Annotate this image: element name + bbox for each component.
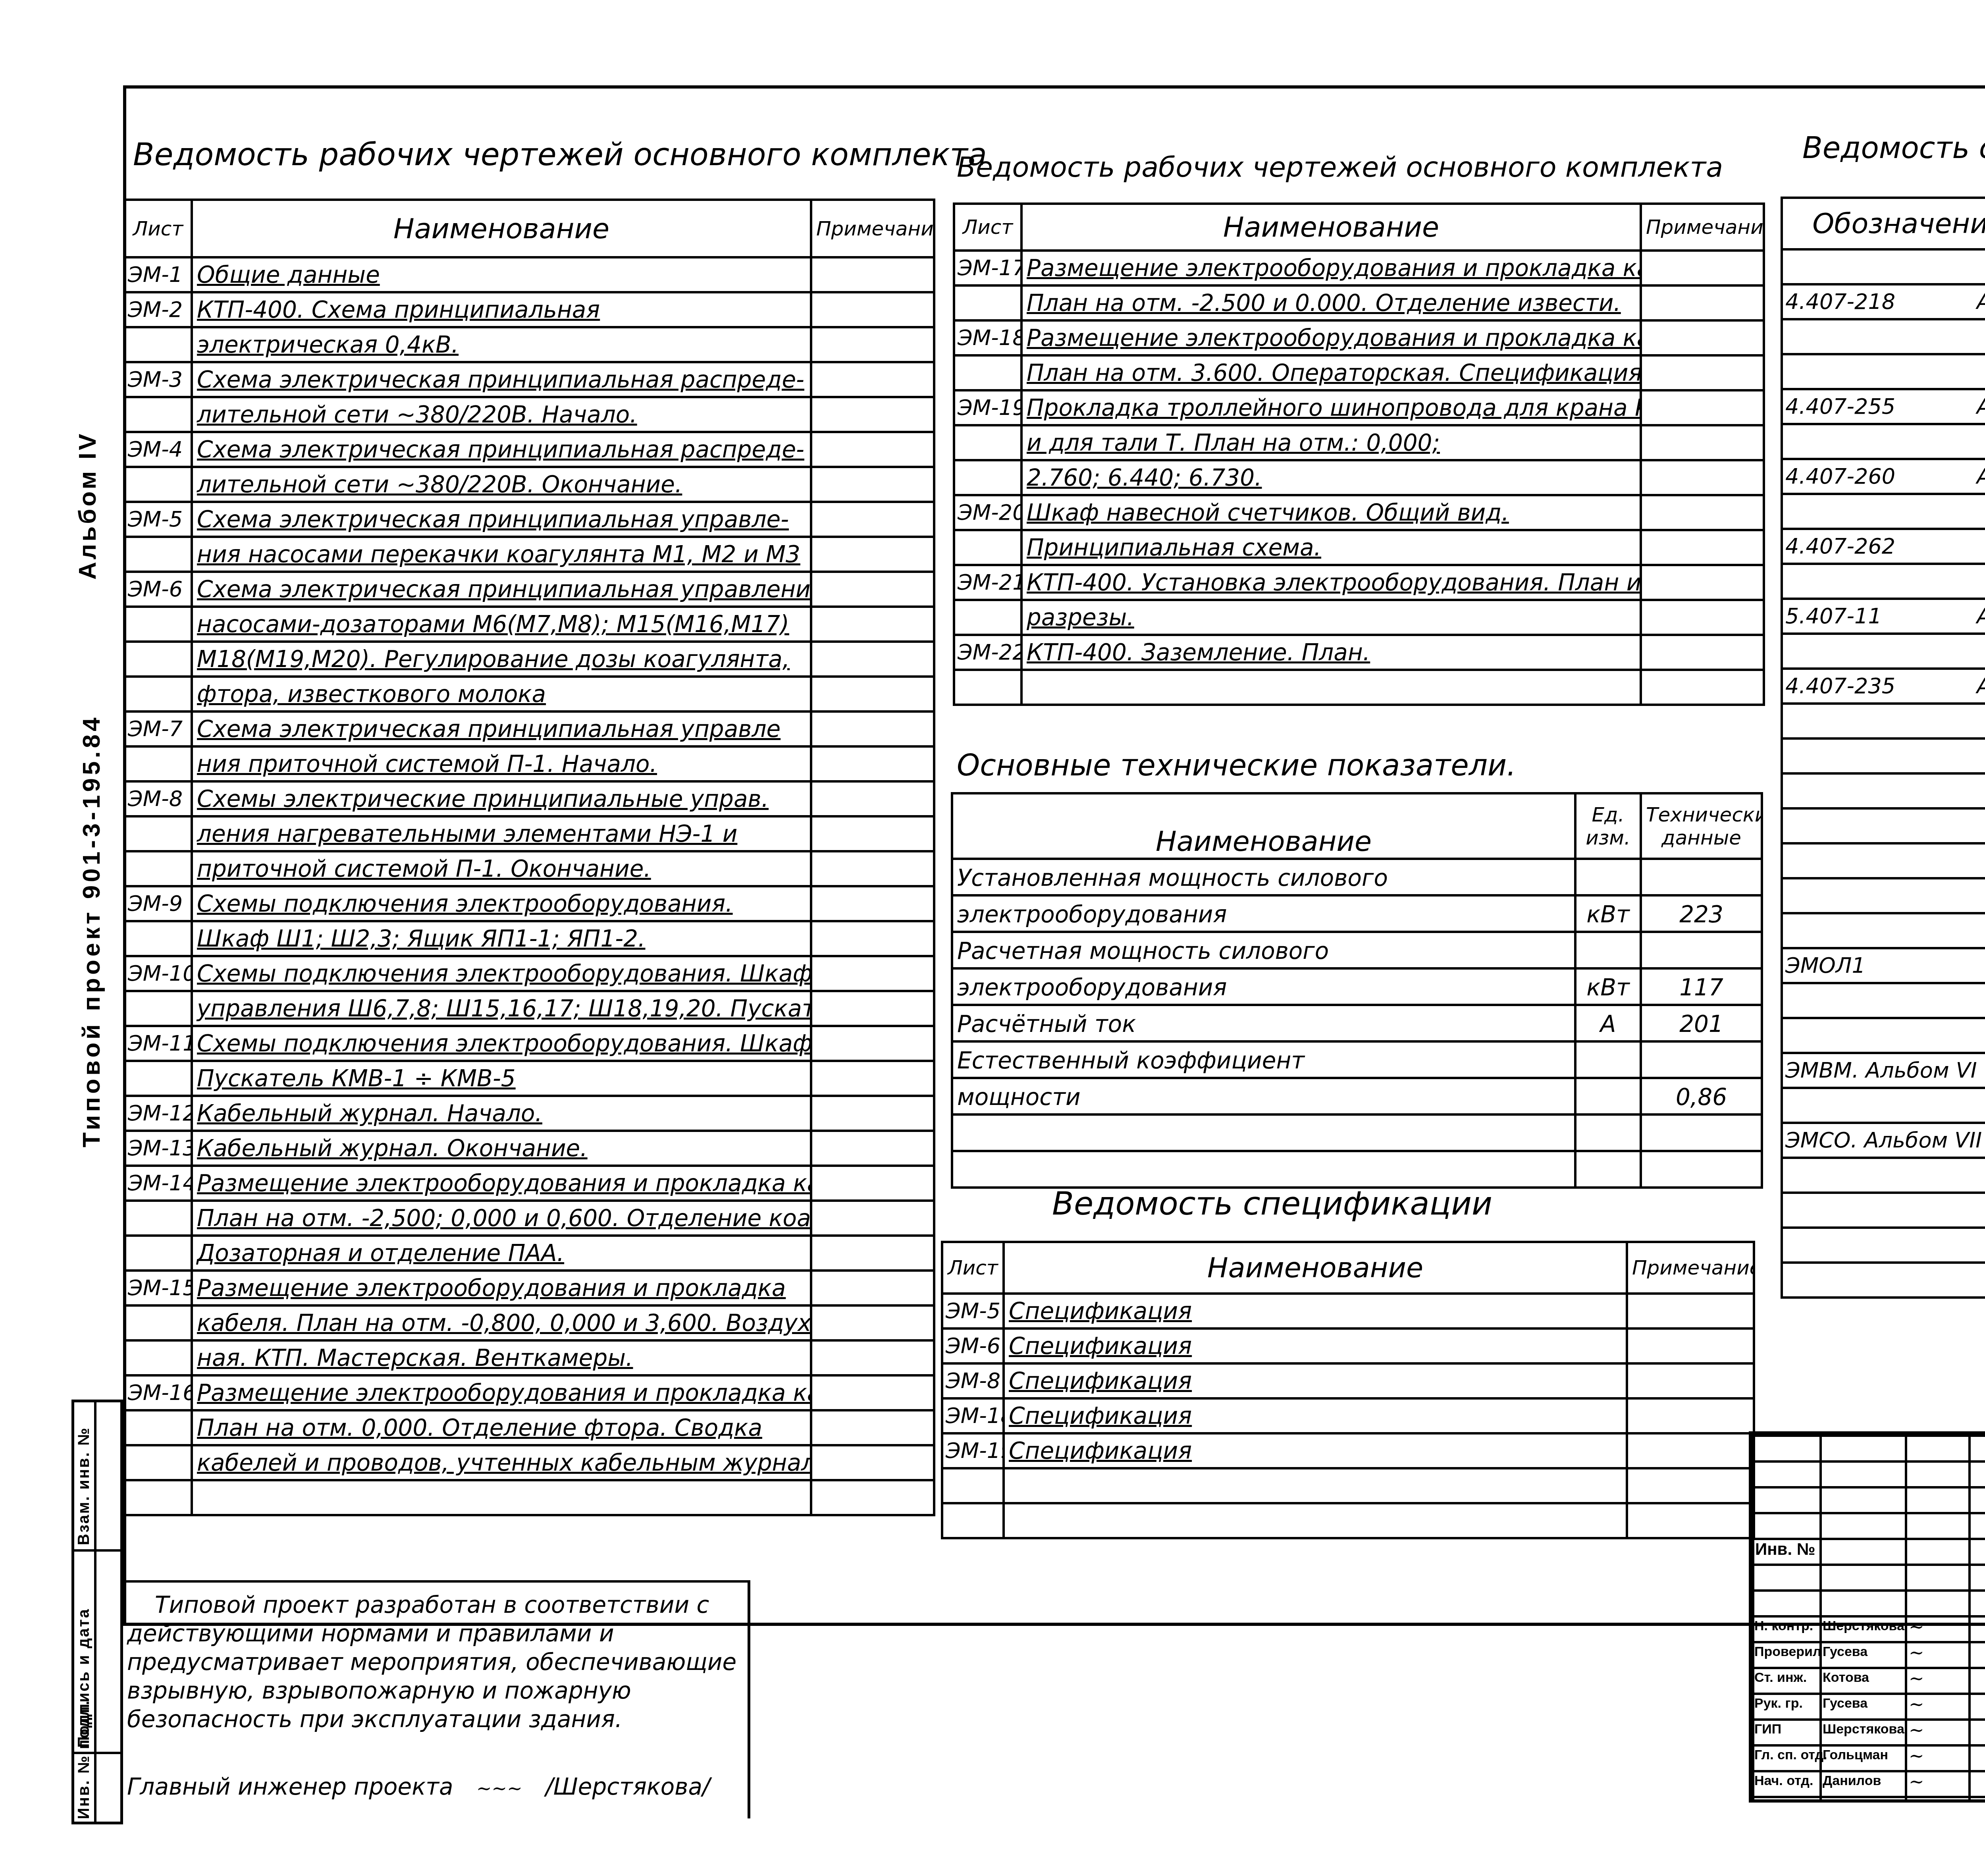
sheet-cell: [954, 285, 1021, 320]
table-row: ЭМ-4Схема электрическая принципиальная р…: [124, 432, 934, 467]
table-row: ЭМ-5Спецификация: [942, 1294, 1754, 1328]
name-cell: Спецификация: [1004, 1433, 1627, 1468]
table-row: аппаратов1977г: [1782, 773, 1985, 808]
sheet-cell: ЭМ-4: [124, 432, 192, 467]
sheet-cell: [124, 816, 192, 851]
table-row: ЭМ-6Спецификация: [942, 1328, 1754, 1363]
signature: ~: [1909, 1693, 1924, 1715]
note-cell: [1641, 460, 1764, 495]
table-row: ЭМ-17Размещение электрооборудования и пр…: [954, 251, 1764, 285]
table-row: ния приточной системой П-1. Начало.: [124, 746, 934, 781]
stamp-label-signature-date: Подпись и дата: [75, 1608, 93, 1748]
indicator-value: [1641, 1151, 1762, 1188]
table-row: [952, 1151, 1762, 1188]
table-row: ния насосами перекачки коагулянта М1, М2…: [124, 537, 934, 572]
name-cell: Схема электрическая принципиальная управ…: [192, 711, 811, 746]
name-cell: Спецификация: [1004, 1328, 1627, 1363]
doc-code: 4.407-235: [1785, 673, 1895, 698]
table-row: Пускатель КМВ-1 ÷ КМВ-5: [124, 1061, 934, 1096]
note-cell: [811, 537, 934, 572]
table-row: ЭМ-1Общие данные: [124, 257, 934, 292]
sheet-cell: ЭМ-6: [124, 572, 192, 607]
name-cell: лительной сети ~380/220В. Начало.: [192, 397, 811, 432]
sheet-cell: ЭМ-18: [942, 1398, 1004, 1433]
sheet-cell: [124, 467, 192, 502]
table-row: разрезы.: [954, 600, 1764, 635]
sheet-cell: ЭМ-12: [124, 1096, 192, 1131]
note-cell: [811, 397, 934, 432]
spec-list-title: Ведомость спецификации: [1052, 1185, 1492, 1222]
sheet-cell: [124, 1236, 192, 1271]
sheet-cell: [124, 677, 192, 711]
name-cell: кабеля. План на отм. -0,800, 0,000 и 3,6…: [192, 1305, 811, 1340]
table-row: ЭМ-18Спецификация: [942, 1398, 1754, 1433]
table-row: шкафов и пунктов1977г: [1782, 354, 1985, 389]
signatory-name: Котова: [1823, 1670, 1869, 1685]
indicator-unit: [1575, 932, 1641, 968]
note-cell: [811, 362, 934, 397]
sheet-cell: ЭМ-13: [124, 1131, 192, 1166]
indicator-name: Естественный коэффициент: [952, 1041, 1575, 1078]
code-cell: [1782, 1158, 1985, 1193]
code-cell: [1782, 773, 1985, 808]
note-cell: [1641, 425, 1764, 460]
sheet-cell: [124, 537, 192, 572]
doc-code: 4.407-262: [1785, 534, 1895, 559]
code-cell: ЭМСО. Альбом VII: [1782, 1123, 1985, 1158]
note-cell: [811, 816, 934, 851]
signatory-name: Гусева: [1823, 1644, 1867, 1660]
sheet-cell: [124, 1305, 192, 1340]
table-row: [942, 1468, 1754, 1503]
note-cell: [811, 1410, 934, 1445]
table-row: электрооборудованиякВт117: [952, 968, 1762, 1005]
table-row: 5.407-11А174Заземление и зануление: [1782, 599, 1985, 634]
note-cell: [811, 1445, 934, 1480]
table-row: управления Ш6,7,8; Ш15,16,17; Ш18,19,20.…: [124, 991, 934, 1026]
signatory-role: Н. контр.: [1754, 1618, 1813, 1634]
table-row: приточной системой П-1. Окончание.: [124, 851, 934, 886]
sheet-cell: ЭМ-19: [942, 1433, 1004, 1468]
signatory-role: ГИП: [1754, 1722, 1781, 1737]
code-cell: [1782, 424, 1985, 459]
code-cell: [1782, 634, 1985, 669]
note-cell: [1627, 1294, 1754, 1328]
name-cell: насосами-дозаторами М6(М7,М8); М15(М16,М…: [192, 607, 811, 642]
table-row: Расчётный токА201: [952, 1005, 1762, 1041]
note-cell: [811, 327, 934, 362]
sheet-cell: ЭМ-11: [124, 1026, 192, 1061]
note-cell: [811, 1131, 934, 1166]
drawings-list-2-title: Ведомость рабочих чертежей основного ком…: [957, 151, 1723, 183]
code-cell: [1782, 494, 1985, 529]
table-row: Хмельницкого завода трансфор-: [1782, 983, 1985, 1018]
indicator-value: [1641, 1041, 1762, 1078]
indicator-name: [952, 1114, 1575, 1151]
table-row: ЭМ-19Спецификация: [942, 1433, 1754, 1468]
sheet-cell: [124, 397, 192, 432]
tech-indicators-table: Наименование Ед. изм. Технические данные…: [951, 792, 1763, 1189]
code-cell: 4.407-235А397: [1782, 669, 1985, 704]
name-cell: План на отм. 0,000. Отделение фтора. Сво…: [192, 1410, 811, 1445]
note-cell: [811, 746, 934, 781]
table-row: ЭМ-8Спецификация: [942, 1363, 1754, 1398]
table-row: 4.407-262Прокладка троллейного: [1782, 529, 1985, 564]
table-row: ЭМ-6Схема электрическая принципиальная у…: [124, 572, 934, 607]
table-row: [1782, 1193, 1985, 1228]
album-code: А155: [1977, 390, 1985, 423]
indicator-value: 0,86: [1641, 1078, 1762, 1114]
indicator-name: Расчётный ток: [952, 1005, 1575, 1041]
drawings-list-1-table: Лист Наименование Примечание ЭМ-1Общие д…: [123, 199, 935, 1516]
note-cell: [811, 432, 934, 467]
indicator-name: электрооборудования: [952, 968, 1575, 1005]
doc-code: ЭМВМ. Альбом VI: [1785, 1058, 1977, 1083]
revision-grid: Н. контр.Шерстякова~ПроверилГусева~Ст. и…: [1752, 1434, 1985, 1800]
table-row: ЭМ-18Размещение электрооборудования и пр…: [954, 320, 1764, 355]
doc-code: ЭМСО. Альбом VII: [1785, 1128, 1982, 1153]
note-cell: [811, 781, 934, 816]
col-header-sheet: Лист: [942, 1242, 1004, 1294]
sheet-cell: [124, 1445, 192, 1480]
code-cell: ЭМОЛ1: [1782, 948, 1985, 983]
note-cell: [811, 502, 934, 537]
col-header-name: Наименование: [952, 793, 1575, 859]
inv-number-label: Инв. №: [1755, 1540, 1815, 1559]
note-cell: [1641, 565, 1764, 600]
code-cell: [1782, 1263, 1985, 1298]
name-cell: КТП-400. Заземление. План.: [1021, 635, 1641, 670]
col-header-note: Примечание: [1627, 1242, 1754, 1294]
sheet-cell: [124, 1480, 192, 1515]
note-cell: [811, 921, 934, 956]
note-cell: [1641, 495, 1764, 530]
name-cell: Спецификация: [1004, 1398, 1627, 1433]
section-header-row: Прилагаемые документы: [1782, 913, 1985, 948]
table-row: ЭМ-7Схема электрическая принципиальная у…: [124, 711, 934, 746]
indicator-value: [1641, 859, 1762, 895]
table-row: Дозаторная и отделение ПАА.: [124, 1236, 934, 1271]
sheet-cell: [124, 851, 192, 886]
table-row: [1782, 1228, 1985, 1263]
name-cell: КТП-400. Схема принципиальная: [192, 292, 811, 327]
name-cell: Размещение электрооборудования и проклад…: [192, 1375, 811, 1410]
drawings-list-2-table: Лист Наименование Примечание ЭМ-17Размещ…: [953, 202, 1765, 706]
signature: ~: [1909, 1616, 1924, 1637]
table-row: М18(М19,М20). Регулирование дозы коагуля…: [124, 642, 934, 677]
drawings-list-1-title: Ведомость рабочих чертежей основного ком…: [133, 137, 987, 173]
name-cell: План на отм. -2,500; 0,000 и 0,600. Отде…: [192, 1201, 811, 1236]
name-cell: Шкаф навесной счетчиков. Общий вид.: [1021, 495, 1641, 530]
note-cell: [811, 677, 934, 711]
note-cell: [1627, 1328, 1754, 1363]
name-cell: Схема электрическая принципиальная распр…: [192, 432, 811, 467]
table-row: ЭМ-21КТП-400. Установка электрооборудова…: [954, 565, 1764, 600]
code-cell: [1782, 1193, 1985, 1228]
note-cell: [1641, 251, 1764, 285]
sheet-cell: ЭМ-16: [124, 1375, 192, 1410]
name-cell: приточной системой П-1. Окончание.: [192, 851, 811, 886]
code-cell: [1782, 808, 1985, 843]
table-row: План на отм. 3.600. Операторская. Специф…: [954, 355, 1764, 390]
table-row: кнопок ПКЕ, ПКУ и сигнальных: [1782, 738, 1985, 773]
note-cell: [811, 1236, 934, 1271]
table-row: электрооборудованиякВт223: [952, 895, 1762, 932]
sheet-cell: ЭМ-6: [942, 1328, 1004, 1363]
chief-engineer-label: Главный инженер проекта: [127, 1773, 453, 1800]
sheet-cell: ЭМ-2: [124, 292, 192, 327]
doc-code: 4.407-218: [1785, 289, 1895, 314]
note-cell: [811, 572, 934, 607]
table-row: ЭМОЛ1Опросный лист для заказа КТП-400: [1782, 948, 1985, 983]
code-cell: 4.407-262: [1782, 529, 1985, 564]
left-stamp-strip: Инв. № подл. Подпись и дата Взам. инв. №: [71, 1400, 123, 1824]
general-note-text: Типовой проект разработан в соответствии…: [127, 1591, 738, 1733]
note-cell: [811, 991, 934, 1026]
tech-indicators-title: Основные технические показатели.: [957, 748, 1516, 783]
name-cell: Размещение электрооборудования и проклад…: [192, 1166, 811, 1201]
col-header-note: Примечание: [811, 200, 934, 257]
signatory-name: Гольцман: [1823, 1747, 1888, 1763]
note-cell: [811, 257, 934, 292]
name-cell: Схема электрическая принципиальная управ…: [192, 502, 811, 537]
name-cell: разрезы.: [1021, 600, 1641, 635]
note-cell: [811, 886, 934, 921]
sheet-cell: ЭМ-8: [942, 1363, 1004, 1398]
table-row: лительной сети ~380/220В. Окончание.: [124, 467, 934, 502]
name-cell: управления Ш6,7,8; Ш15,16,17; Ш18,19,20.…: [192, 991, 811, 1026]
name-cell: ния приточной системой П-1. Начало.: [192, 746, 811, 781]
sheet-cell: [124, 607, 192, 642]
signatory-role: Нач. отд.: [1754, 1773, 1813, 1789]
chief-engineer-name: /Шерстякова/: [545, 1773, 710, 1800]
table-row: 4.407-260А159Прокладка кабелей на: [1782, 459, 1985, 494]
table-row: План на отм. -2.500 и 0.000. Отделение и…: [954, 285, 1764, 320]
table-row: ЭМ-2КТП-400. Схема принципиальная: [124, 292, 934, 327]
name-cell: Размещение электрооборудования и проклад…: [192, 1271, 811, 1305]
sheet-cell: [124, 1410, 192, 1445]
code-cell: [1782, 843, 1985, 878]
name-cell: ления нагревательными элементами НЭ-1 и: [192, 816, 811, 851]
table-row: ЭМ-5Схема электрическая принципиальная у…: [124, 502, 934, 537]
sheet-cell: [124, 991, 192, 1026]
album-code: А174: [1977, 600, 1985, 632]
table-row: ЭМСО. Альбом VIIСпецификация оборудовани…: [1782, 1123, 1985, 1158]
sheet-cell: ЭМ-21: [954, 565, 1021, 600]
note-cell: [1641, 600, 1764, 635]
note-cell: [1641, 635, 1764, 670]
indicator-name: мощности: [952, 1078, 1575, 1114]
table-row: ная. КТП. Мастерская. Венткамеры.: [124, 1340, 934, 1375]
table-row: ЭМ-10Схемы подключения электрооборудован…: [124, 956, 934, 991]
note-cell: [1627, 1433, 1754, 1468]
code-cell: [1782, 1088, 1985, 1123]
name-cell: [1021, 670, 1641, 705]
code-cell: [1782, 354, 1985, 389]
name-cell: и для тали Т. План на отм.: 0,000;: [1021, 425, 1641, 460]
table-row: ЭМ-11Схемы подключения электрооборудован…: [124, 1026, 934, 1061]
section-header-row: Ссылочные документы: [1782, 249, 1985, 284]
name-cell: Схема электрическая принципиальная распр…: [192, 362, 811, 397]
code-cell: [1782, 1018, 1985, 1053]
signatory-name: Гусева: [1823, 1696, 1867, 1711]
table-row: с рубильниками, автоматов,: [1782, 704, 1985, 738]
signatory-role: Проверил: [1754, 1644, 1821, 1660]
album-code: А397: [1977, 670, 1985, 702]
sheet-cell: [954, 600, 1021, 635]
sheet-cell: [124, 327, 192, 362]
name-cell: Схемы подключения электрооборудования.: [192, 886, 811, 921]
note-cell: [811, 607, 934, 642]
name-cell: Пускатель КМВ-1 ÷ КМВ-5: [192, 1061, 811, 1096]
signature: ~: [1909, 1719, 1924, 1741]
code-cell: [1782, 738, 1985, 773]
col-header-sheet: Лист: [124, 200, 192, 257]
doc-code: ЭМОЛ1: [1785, 953, 1866, 978]
col-header-note: Примечание: [1641, 204, 1764, 251]
col-header-sheet: Лист: [954, 204, 1021, 251]
code-cell: [1782, 564, 1985, 599]
note-cell: [811, 1340, 934, 1375]
name-cell: ная. КТП. Мастерская. Венткамеры.: [192, 1340, 811, 1375]
sheet-cell: ЭМ-10: [124, 956, 192, 991]
album-code: А389: [1977, 285, 1985, 318]
table-row: фтора, известкового молока: [124, 677, 934, 711]
table-row: [952, 1114, 1762, 1151]
note-cell: [811, 1271, 934, 1305]
table-row: ЭМ-9Схемы подключения электрооборудовани…: [124, 886, 934, 921]
signatory-role: Рук. гр.: [1754, 1696, 1803, 1711]
note-cell: [811, 1096, 934, 1131]
table-row: [1782, 808, 1985, 843]
title-block: Н. контр.Шерстякова~ПроверилГусева~Ст. и…: [1749, 1431, 1985, 1803]
name-cell: лительной сети ~380/220В. Окончание.: [192, 467, 811, 502]
indicator-value: 201: [1641, 1005, 1762, 1041]
table-row: лительной сети ~380/220В. Начало.: [124, 397, 934, 432]
note-cell: [811, 1480, 934, 1515]
note-cell: [1627, 1363, 1754, 1398]
name-cell: кабелей и проводов, учтенных кабельным ж…: [192, 1445, 811, 1480]
doc-code: 4.407-255: [1785, 394, 1895, 419]
signature: ~: [1909, 1668, 1924, 1689]
name-cell: Схемы электрические принципиальные управ…: [192, 781, 811, 816]
table-row: конструкциях1979г: [1782, 494, 1985, 529]
indicator-unit: [1575, 1151, 1641, 1188]
table-row: ЭМ-16Размещение электрооборудования и пр…: [124, 1375, 934, 1410]
general-note-box: Типовой проект разработан в соответствии…: [123, 1580, 750, 1818]
indicator-name: электрооборудования: [952, 895, 1575, 932]
name-cell: [1004, 1503, 1627, 1538]
name-cell: Размещение электрооборудования и проклад…: [1021, 251, 1641, 285]
code-cell: 4.407-260А159: [1782, 459, 1985, 494]
name-cell: КТП-400. Установка электрооборудования. …: [1021, 565, 1641, 600]
table-row: ления нагревательными элементами НЭ-1 и: [124, 816, 934, 851]
sheet-cell: ЭМ-5: [124, 502, 192, 537]
note-cell: [1641, 355, 1764, 390]
name-cell: фтора, известкового молока: [192, 677, 811, 711]
code-cell: 4.407-255А155: [1782, 389, 1985, 424]
indicator-name: Расчетная мощность силового: [952, 932, 1575, 968]
sheet-cell: [124, 642, 192, 677]
table-row: Шкаф Ш1; Ш2,3; Ящик ЯП1-1; ЯП1-2.: [124, 921, 934, 956]
table-row: ЭМ-14Размещение электрооборудования и пр…: [124, 1166, 934, 1201]
note-cell: [1627, 1398, 1754, 1433]
table-row: ЭМ-22КТП-400. Заземление. План.: [954, 635, 1764, 670]
sheet-cell: ЭМ-5: [942, 1294, 1004, 1328]
sheet-cell: ЭМ-7: [124, 711, 192, 746]
note-cell: [811, 711, 934, 746]
note-cell: [811, 642, 934, 677]
stamp-label-replaced-inv: Взам. инв. №: [75, 1427, 93, 1545]
sheet-cell: ЭМ-3: [124, 362, 192, 397]
name-cell: Шкаф Ш1; Ш2,3; Ящик ЯП1-1; ЯП1-2.: [192, 921, 811, 956]
sheet-cell: [124, 1061, 192, 1096]
note-cell: [1641, 285, 1764, 320]
note-cell: [811, 851, 934, 886]
sheet-cell: [954, 460, 1021, 495]
indicator-unit: [1575, 1041, 1641, 1078]
sheet-cell: ЭМ-8: [124, 781, 192, 816]
name-cell: Дозаторная и отделение ПАА.: [192, 1236, 811, 1271]
signature: ~: [1909, 1771, 1924, 1792]
name-cell: электрическая 0,4кВ.: [192, 327, 811, 362]
code-cell: [1782, 983, 1985, 1018]
signatory-name: Данилов: [1823, 1773, 1881, 1789]
code-cell: [1782, 704, 1985, 738]
table-row: [942, 1503, 1754, 1538]
table-row: План на отм. 0,000. Отделение фтора. Сво…: [124, 1410, 934, 1445]
note-cell: [811, 1026, 934, 1061]
table-row: ЭМ-19Прокладка троллейного шинопровода д…: [954, 390, 1764, 425]
sheet-cell: [942, 1503, 1004, 1538]
table-row: [1782, 1158, 1985, 1193]
album-code: А159: [1977, 460, 1985, 493]
table-row: Расчетная мощность силового: [952, 932, 1762, 968]
signature: ~: [1909, 1642, 1924, 1663]
table-row: насосами-дозаторами М6(М7,М8); М15(М16,М…: [124, 607, 934, 642]
table-row: кабелей и проводов, учтенных кабельным ж…: [124, 1445, 934, 1480]
table-row: [1782, 843, 1985, 878]
table-row: [1782, 1263, 1985, 1298]
table-row: ЭМВМ. Альбом VIВедомость потребности в: [1782, 1053, 1985, 1088]
name-cell: ния насосами перекачки коагулянта М1, М2…: [192, 537, 811, 572]
code-cell: 4.407-218А389: [1782, 284, 1985, 319]
name-cell: Кабельный журнал. Окончание.: [192, 1131, 811, 1166]
sheet-cell: [942, 1468, 1004, 1503]
name-cell: Схемы подключения электрооборудования. Ш…: [192, 956, 811, 991]
indicator-unit: А: [1575, 1005, 1641, 1041]
table-row: План на отм. -2,500; 0,000 и 0,600. Отде…: [124, 1201, 934, 1236]
col-header-code: Обозначение: [1782, 198, 1985, 249]
code-cell: [1782, 319, 1985, 354]
sheet-cell: ЭМ-15: [124, 1271, 192, 1305]
note-cell: [1627, 1468, 1754, 1503]
name-cell: Прокладка троллейного шинопровода для кр…: [1021, 390, 1641, 425]
indicator-value: [1641, 932, 1762, 968]
table-row: 4.407-255А155Узлы и детали для прокладки: [1782, 389, 1985, 424]
code-cell: 5.407-11А174: [1782, 599, 1985, 634]
table-row: кабелей1979г: [1782, 424, 1985, 459]
signatory-role: Гл. сп. отд.: [1754, 1747, 1827, 1763]
indicator-unit: кВт: [1575, 968, 1641, 1005]
name-cell: Принципиальная схема.: [1021, 530, 1641, 565]
sheet-cell: ЭМ-19: [954, 390, 1021, 425]
doc-code: 4.407-260: [1785, 464, 1895, 489]
table-row: Естественный коэффициент: [952, 1041, 1762, 1078]
signatory-role: Ст. инж.: [1754, 1670, 1807, 1685]
code-cell: ЭМВМ. Альбом VI: [1782, 1053, 1985, 1088]
note-cell: [1641, 670, 1764, 705]
